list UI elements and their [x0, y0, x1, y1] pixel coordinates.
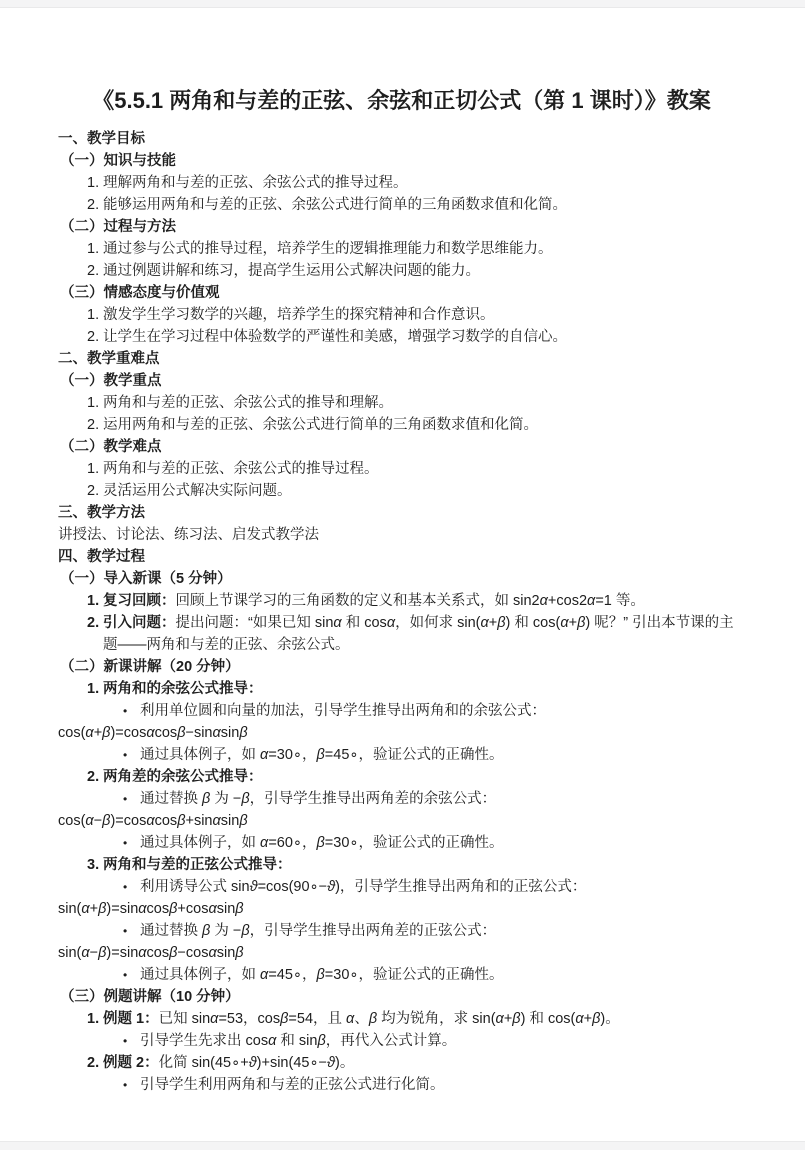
- subsection-heading: （三）例题讲解（10 分钟）: [60, 986, 745, 1008]
- item-text: 让学生在学习过程中体验数学的严谨性和美感，增强学习数学的自信心。: [103, 326, 745, 348]
- item-text: 能够运用两角和与差的正弦、余弦公式进行简单的三角函数求值和化简。: [103, 194, 745, 216]
- bullet-icon: •: [123, 920, 140, 942]
- subsection-heading: （一）教学重点: [60, 370, 745, 392]
- bullet-item: •通过具体例子，如 α=45∘，β=30∘，验证公式的正确性。: [58, 964, 745, 986]
- item-number: 2.: [87, 194, 103, 216]
- item-text: 两角差的余弦公式推导：: [103, 766, 745, 788]
- numbered-item: 2.灵活运用公式解决实际问题。: [58, 480, 745, 502]
- item-text: 两角和与差的正弦、余弦公式的推导和理解。: [103, 392, 745, 414]
- item-text: 通过具体例子，如 α=60∘，β=30∘，验证公式的正确性。: [140, 832, 745, 854]
- numbered-item: 1.激发学生学习数学的兴趣，培养学生的探究精神和合作意识。: [58, 304, 745, 326]
- item-text: 运用两角和与差的正弦、余弦公式进行简单的三角函数求值和化简。: [103, 414, 745, 436]
- bullet-icon: •: [123, 964, 140, 986]
- subsection-heading: （一）导入新课（5 分钟）: [60, 568, 745, 590]
- item-number: 2.: [87, 260, 103, 282]
- formula-line: cos(α+β)=cosαcosβ−sinαsinβ: [58, 722, 745, 744]
- item-number: 2.: [87, 766, 103, 788]
- numbered-item: 3.两角和与差的正弦公式推导：: [58, 854, 745, 876]
- item-number: 2.: [87, 414, 103, 436]
- item-number: 1.: [87, 238, 103, 260]
- item-number: 1.: [87, 1008, 103, 1030]
- numbered-item: 1.两角和的余弦公式推导：: [58, 678, 745, 700]
- formula-line: cos(α−β)=cosαcosβ+sinαsinβ: [58, 810, 745, 832]
- bullet-icon: •: [123, 876, 140, 898]
- bullet-icon: •: [123, 788, 140, 810]
- numbered-item: 1.两角和与差的正弦、余弦公式的推导过程。: [58, 458, 745, 480]
- item-text: 通过具体例子，如 α=45∘，β=30∘，验证公式的正确性。: [140, 964, 745, 986]
- item-number: 2.: [87, 612, 103, 656]
- bullet-item: •利用诱导公式 sinϑ=cos(90∘−ϑ)，引导学生推导出两角和的正弦公式：: [58, 876, 745, 898]
- item-number: 1.: [87, 458, 103, 480]
- item-text: 利用诱导公式 sinϑ=cos(90∘−ϑ)，引导学生推导出两角和的正弦公式：: [140, 876, 745, 898]
- item-text: 激发学生学习数学的兴趣，培养学生的探究精神和合作意识。: [103, 304, 745, 326]
- item-text: 两角和的余弦公式推导：: [103, 678, 745, 700]
- numbered-item: 1.通过参与公式的推导过程，培养学生的逻辑推理能力和数学思维能力。: [58, 238, 745, 260]
- subsection-heading: （一）知识与技能: [60, 150, 745, 172]
- numbered-item: 2.例题 2：化简 sin(45∘+ϑ)+sin(45∘−ϑ)。: [58, 1052, 745, 1074]
- numbered-item: 1.理解两角和与差的正弦、余弦公式的推导过程。: [58, 172, 745, 194]
- section-heading: 一、教学目标: [58, 128, 745, 150]
- numbered-item: 2.能够运用两角和与差的正弦、余弦公式进行简单的三角函数求值和化简。: [58, 194, 745, 216]
- item-number: 1.: [87, 678, 103, 700]
- numbered-item: 2.运用两角和与差的正弦、余弦公式进行简单的三角函数求值和化简。: [58, 414, 745, 436]
- subsection-heading: （二）过程与方法: [60, 216, 745, 238]
- subsection-heading: （三）情感态度与价值观: [60, 282, 745, 304]
- subsection-heading: （二）新课讲解（20 分钟）: [60, 656, 745, 678]
- viewer-top-edge: [0, 0, 805, 8]
- item-number: 3.: [87, 854, 103, 876]
- section-heading: 三、教学方法: [58, 502, 745, 524]
- bullet-item: •引导学生先求出 cosα 和 sinβ，再代入公式计算。: [58, 1030, 745, 1052]
- bullet-icon: •: [123, 1030, 140, 1052]
- item-text: 例题 2：化简 sin(45∘+ϑ)+sin(45∘−ϑ)。: [103, 1052, 745, 1074]
- bullet-item: •通过具体例子，如 α=30∘，β=45∘，验证公式的正确性。: [58, 744, 745, 766]
- bullet-item: •通过替换 β 为 −β，引导学生推导出两角差的余弦公式：: [58, 788, 745, 810]
- text-line: 讲授法、讨论法、练习法、启发式教学法: [58, 524, 745, 546]
- item-number: 1.: [87, 392, 103, 414]
- bullet-item: •通过替换 β 为 −β，引导学生推导出两角差的正弦公式：: [58, 920, 745, 942]
- bullet-item: •引导学生利用两角和与差的正弦公式进行化简。: [58, 1074, 745, 1096]
- item-text: 通过参与公式的推导过程，培养学生的逻辑推理能力和数学思维能力。: [103, 238, 745, 260]
- item-number: 1.: [87, 590, 103, 612]
- document-title: 《5.5.1 两角和与差的正弦、余弦和正切公式（第 1 课时）》教案: [58, 86, 745, 116]
- formula-line: sin(α+β)=sinαcosβ+cosαsinβ: [58, 898, 745, 920]
- item-text: 通过例题讲解和练习，提高学生运用公式解决问题的能力。: [103, 260, 745, 282]
- bullet-icon: •: [123, 1074, 140, 1096]
- item-text: 引入问题：提出问题：“如果已知 sinα 和 cosα，如何求 sin(α+β)…: [103, 612, 745, 656]
- item-text: 引导学生利用两角和与差的正弦公式进行化简。: [140, 1074, 745, 1096]
- numbered-item: 1.例题 1：已知 sinα=53，cosβ=54，且 α、β 均为锐角，求 s…: [58, 1008, 745, 1030]
- numbered-item: 2.两角差的余弦公式推导：: [58, 766, 745, 788]
- item-text: 通过替换 β 为 −β，引导学生推导出两角差的正弦公式：: [140, 920, 745, 942]
- bullet-icon: •: [123, 700, 140, 722]
- item-text: 两角和与差的正弦公式推导：: [103, 854, 745, 876]
- item-text: 复习回顾：回顾上节课学习的三角函数的定义和基本关系式，如 sin2α+cos2α…: [103, 590, 745, 612]
- item-text: 灵活运用公式解决实际问题。: [103, 480, 745, 502]
- numbered-item: 2.让学生在学习过程中体验数学的严谨性和美感，增强学习数学的自信心。: [58, 326, 745, 348]
- bullet-item: •利用单位圆和向量的加法，引导学生推导出两角和的余弦公式：: [58, 700, 745, 722]
- document-body: 一、教学目标（一）知识与技能1.理解两角和与差的正弦、余弦公式的推导过程。2.能…: [58, 128, 745, 1096]
- item-number: 2.: [87, 1052, 103, 1074]
- numbered-item: 2.通过例题讲解和练习，提高学生运用公式解决问题的能力。: [58, 260, 745, 282]
- item-text: 两角和与差的正弦、余弦公式的推导过程。: [103, 458, 745, 480]
- item-number: 2.: [87, 326, 103, 348]
- bullet-icon: •: [123, 832, 140, 854]
- item-text: 例题 1：已知 sinα=53，cosβ=54，且 α、β 均为锐角，求 sin…: [103, 1008, 745, 1030]
- numbered-item: 1.复习回顾：回顾上节课学习的三角函数的定义和基本关系式，如 sin2α+cos…: [58, 590, 745, 612]
- section-heading: 二、教学重难点: [58, 348, 745, 370]
- bullet-icon: •: [123, 744, 140, 766]
- item-number: 1.: [87, 172, 103, 194]
- item-number: 2.: [87, 480, 103, 502]
- item-text: 通过具体例子，如 α=30∘，β=45∘，验证公式的正确性。: [140, 744, 745, 766]
- document-page: 《5.5.1 两角和与差的正弦、余弦和正切公式（第 1 课时）》教案 一、教学目…: [0, 8, 805, 1141]
- formula-line: sin(α−β)=sinαcosβ−cosαsinβ: [58, 942, 745, 964]
- subsection-heading: （二）教学难点: [60, 436, 745, 458]
- section-heading: 四、教学过程: [58, 546, 745, 568]
- viewer-bottom-edge: [0, 1141, 805, 1150]
- item-text: 通过替换 β 为 −β，引导学生推导出两角差的余弦公式：: [140, 788, 745, 810]
- item-text: 利用单位圆和向量的加法，引导学生推导出两角和的余弦公式：: [140, 700, 745, 722]
- item-text: 理解两角和与差的正弦、余弦公式的推导过程。: [103, 172, 745, 194]
- numbered-item: 1.两角和与差的正弦、余弦公式的推导和理解。: [58, 392, 745, 414]
- bullet-item: •通过具体例子，如 α=60∘，β=30∘，验证公式的正确性。: [58, 832, 745, 854]
- item-number: 1.: [87, 304, 103, 326]
- numbered-item: 2.引入问题：提出问题：“如果已知 sinα 和 cosα，如何求 sin(α+…: [58, 612, 745, 656]
- item-text: 引导学生先求出 cosα 和 sinβ，再代入公式计算。: [140, 1030, 745, 1052]
